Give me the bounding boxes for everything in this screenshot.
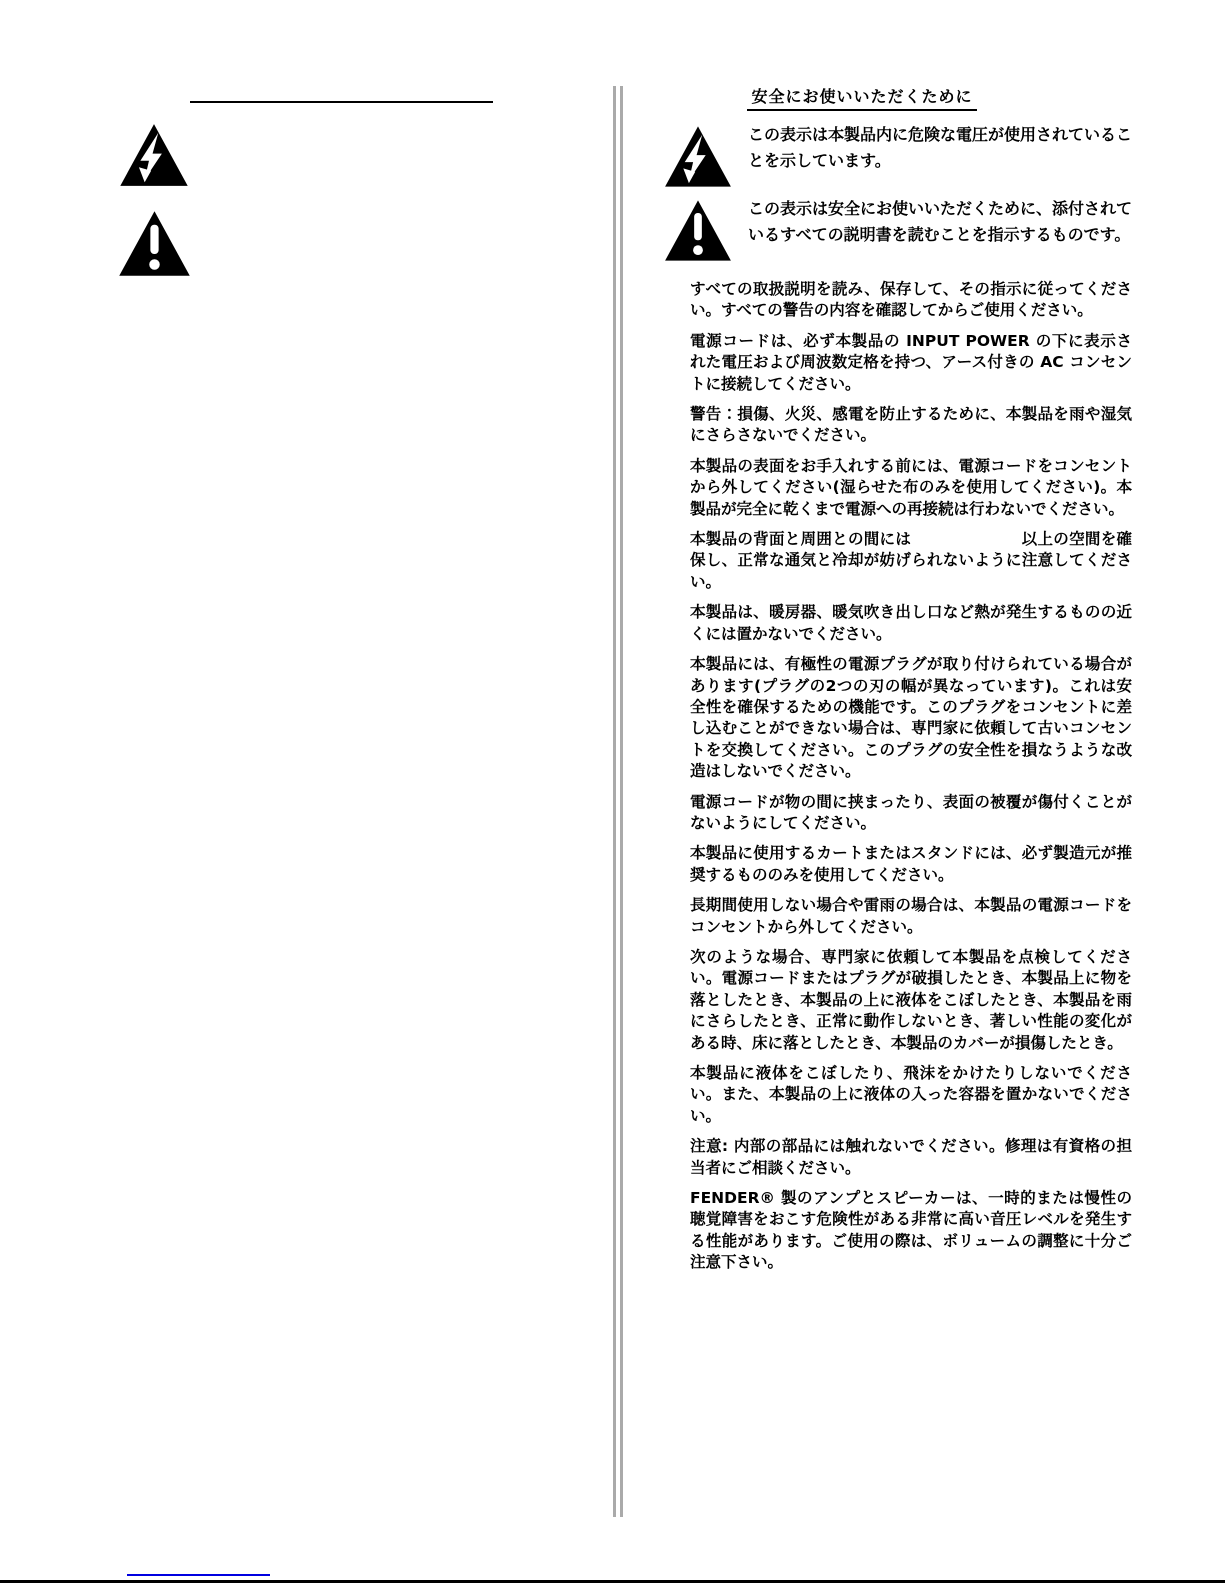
safety-paragraph: すべての取扱説明を読み、保存して、その指示に従ってください。すべての警告の内容を…: [690, 279, 1132, 322]
icon-note-text: この表示は安全にお使いいただくために、添付されているすべての説明書を読むことを指…: [748, 196, 1132, 248]
safety-paragraph: 本製品に使用するカートまたはスタンドには、必ず製造元が推奨するもののみを使用して…: [690, 843, 1132, 886]
icon-note-row: この表示は本製品内に危険な電圧が使用されていることを示しています。: [620, 122, 1132, 191]
safety-paragraph: 本製品は、暖房器、暖気吹き出し口など熱が発生するものの近くには置かないでください…: [690, 602, 1132, 645]
icon-note-text: この表示は本製品内に危険な電圧が使用されていることを示しています。: [748, 122, 1132, 174]
page-bottom-rule: [0, 1580, 1225, 1583]
safety-column: 安全にお使いいただくために この表示は本製品内に危険な電圧が使用されていることを…: [620, 84, 1132, 1283]
safety-paragraph: 本製品の背面と周囲との間には 以上の空間を確保し、正常な通気と冷却が妨げられない…: [690, 529, 1132, 593]
safety-paragraph: 電源コードは、必ず本製品の INPUT POWER の下に表示された電圧および周…: [690, 331, 1132, 395]
safety-paragraph: 本製品の表面をお手入れする前には、電源コードをコンセントから外してください(湿ら…: [690, 456, 1132, 520]
safety-paragraph: FENDER® 製のアンプとスピーカーは、一時的または慢性の聴覚障害をおこす危険…: [690, 1188, 1132, 1274]
high-voltage-warning-icon: [118, 122, 190, 188]
icon-notes: この表示は本製品内に危険な電圧が使用されていることを示しています。 この表示は安…: [620, 122, 1132, 265]
safety-paragraph: 電源コードが物の間に挟まったり、表面の被覆が傷付くことがないようにしてください。: [690, 792, 1132, 835]
alert-warning-icon: [117, 208, 192, 279]
safety-heading: 安全にお使いいただくために: [747, 84, 976, 111]
high-voltage-warning-icon: [663, 122, 733, 191]
alert-warning-icon: [663, 196, 733, 265]
footer-link-underline[interactable]: [127, 1574, 270, 1576]
icon-note-row: この表示は安全にお使いいただくために、添付されているすべての説明書を読むことを指…: [620, 196, 1132, 265]
safety-paragraph: 本製品に液体をこぼしたり、飛沫をかけたりしないでください。また、本製品の上に液体…: [690, 1063, 1132, 1127]
safety-paragraph: 注意: 内部の部品には触れないでください。修理は有資格の担当者にご相談ください。: [690, 1136, 1132, 1179]
manual-page: 安全にお使いいただくために この表示は本製品内に危険な電圧が使用されていることを…: [0, 0, 1225, 1585]
safety-paragraph: 本製品には、有極性の電源プラグが取り付けられている場合があります(プラグの2つの…: [690, 654, 1132, 782]
safety-paragraph: 長期間使用しない場合や雷雨の場合は、本製品の電源コードをコンセントから外してくだ…: [690, 895, 1132, 938]
safety-paragraph: 次のような場合、専門家に依頼して本製品を点検してください。電源コードまたはプラグ…: [690, 947, 1132, 1054]
safety-paragraph: 警告：損傷、火災、感電を防止するために、本製品を雨や湿気にさらさないでください。: [690, 404, 1132, 447]
left-column-heading-rule: [190, 101, 493, 103]
safety-paragraphs: すべての取扱説明を読み、保存して、その指示に従ってください。すべての警告の内容を…: [690, 279, 1132, 1274]
